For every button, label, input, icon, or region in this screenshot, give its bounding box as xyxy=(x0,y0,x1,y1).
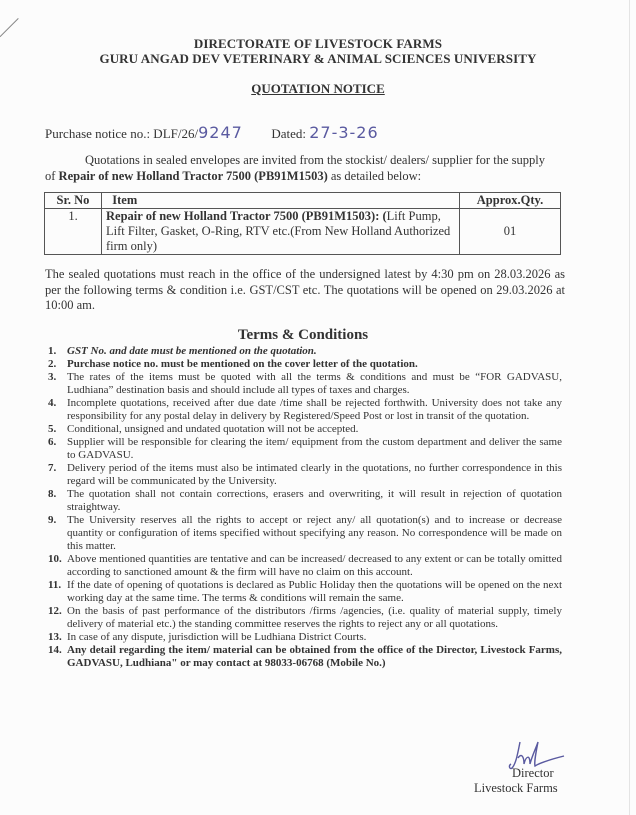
term-item: 14.Any detail regarding the item/ materi… xyxy=(48,644,562,670)
header-directorate: DIRECTORATE OF LIVESTOCK FARMS xyxy=(0,36,636,52)
term-text: Any detail regarding the item/ material … xyxy=(67,644,562,669)
term-text: Incomplete quotations, received after du… xyxy=(67,397,562,422)
term-text: Conditional, unsigned and undated quotat… xyxy=(67,423,358,435)
table-row: 1. Repair of new Holland Tractor 7500 (P… xyxy=(45,209,561,255)
purchase-label: Purchase notice no.: DLF/26/ xyxy=(45,126,198,141)
term-text: The quotation shall not contain correcti… xyxy=(67,488,562,513)
term-text: Delivery period of the items must also b… xyxy=(67,462,562,487)
term-number: 10. xyxy=(48,553,62,566)
term-number: 2. xyxy=(48,358,56,371)
dated-value: 27-3-26 xyxy=(309,123,378,142)
term-item: 13.In case of any dispute, jurisdiction … xyxy=(48,631,562,644)
document-page: DIRECTORATE OF LIVESTOCK FARMS GURU ANGA… xyxy=(0,0,636,815)
term-number: 9. xyxy=(48,514,56,527)
term-item: 12.On the basis of past performance of t… xyxy=(48,605,562,631)
purchase-number: 9247 xyxy=(198,123,243,142)
term-text: On the basis of past performance of the … xyxy=(67,605,562,630)
term-item: 1.GST No. and date must be mentioned on … xyxy=(48,345,562,358)
term-text: The rates of the items must be quoted wi… xyxy=(67,371,562,396)
submission-paragraph: The sealed quotations must reach in the … xyxy=(45,267,565,314)
table-header-row: Sr. No Item Approx.Qty. xyxy=(45,193,561,209)
purchase-line: Purchase notice no.: DLF/26/9247 Dated: … xyxy=(45,123,379,142)
term-text: If the date of opening of quotations is … xyxy=(67,579,562,604)
term-text: Above mentioned quantities are tentative… xyxy=(67,553,562,578)
signatory-title: Director xyxy=(512,766,554,781)
cell-qty: 01 xyxy=(460,209,561,255)
notice-title: QUOTATION NOTICE xyxy=(0,81,636,97)
term-number: 8. xyxy=(48,488,56,501)
term-item: 4.Incomplete quotations, received after … xyxy=(48,397,562,423)
term-number: 11. xyxy=(48,579,61,592)
page-edge xyxy=(629,0,630,815)
dated-label: Dated: xyxy=(271,126,306,141)
term-item: 2.Purchase notice no. must be mentioned … xyxy=(48,358,562,371)
term-number: 13. xyxy=(48,631,62,644)
term-item: 8.The quotation shall not contain correc… xyxy=(48,488,562,514)
items-table: Sr. No Item Approx.Qty. 1. Repair of new… xyxy=(44,192,561,255)
term-text: The University reserves all the rights t… xyxy=(67,514,562,552)
term-number: 7. xyxy=(48,462,56,475)
cell-sr: 1. xyxy=(45,209,102,255)
term-number: 3. xyxy=(48,371,56,384)
col-item: Item xyxy=(102,193,460,209)
col-sr-no: Sr. No xyxy=(45,193,102,209)
term-item: 11.If the date of opening of quotations … xyxy=(48,579,562,605)
signatory-dept: Livestock Farms xyxy=(474,781,558,796)
term-number: 12. xyxy=(48,605,62,618)
term-text: Purchase notice no. must be mentioned on… xyxy=(67,358,418,370)
intro-paragraph: Quotations in sealed envelopes are invit… xyxy=(45,152,585,184)
term-item: 3.The rates of the items must be quoted … xyxy=(48,371,562,397)
col-qty: Approx.Qty. xyxy=(460,193,561,209)
cell-item: Repair of new Holland Tractor 7500 (PB91… xyxy=(102,209,460,255)
term-number: 14. xyxy=(48,644,62,657)
term-item: 6.Supplier will be responsible for clear… xyxy=(48,436,562,462)
term-text: In case of any dispute, jurisdiction wil… xyxy=(67,631,366,643)
term-number: 5. xyxy=(48,423,56,436)
term-item: 7.Delivery period of the items must also… xyxy=(48,462,562,488)
term-number: 6. xyxy=(48,436,56,449)
terms-list: 1.GST No. and date must be mentioned on … xyxy=(48,345,562,670)
term-item: 10.Above mentioned quantities are tentat… xyxy=(48,553,562,579)
term-text: GST No. and date must be mentioned on th… xyxy=(67,345,317,357)
pen-mark xyxy=(0,18,19,37)
term-text: Supplier will be responsible for clearin… xyxy=(67,436,562,461)
term-number: 1. xyxy=(48,345,56,358)
term-item: 9.The University reserves all the rights… xyxy=(48,514,562,553)
header-university: GURU ANGAD DEV VETERINARY & ANIMAL SCIEN… xyxy=(0,51,636,67)
term-number: 4. xyxy=(48,397,56,410)
term-item: 5.Conditional, unsigned and undated quot… xyxy=(48,423,562,436)
terms-title: Terms & Conditions xyxy=(0,327,606,344)
